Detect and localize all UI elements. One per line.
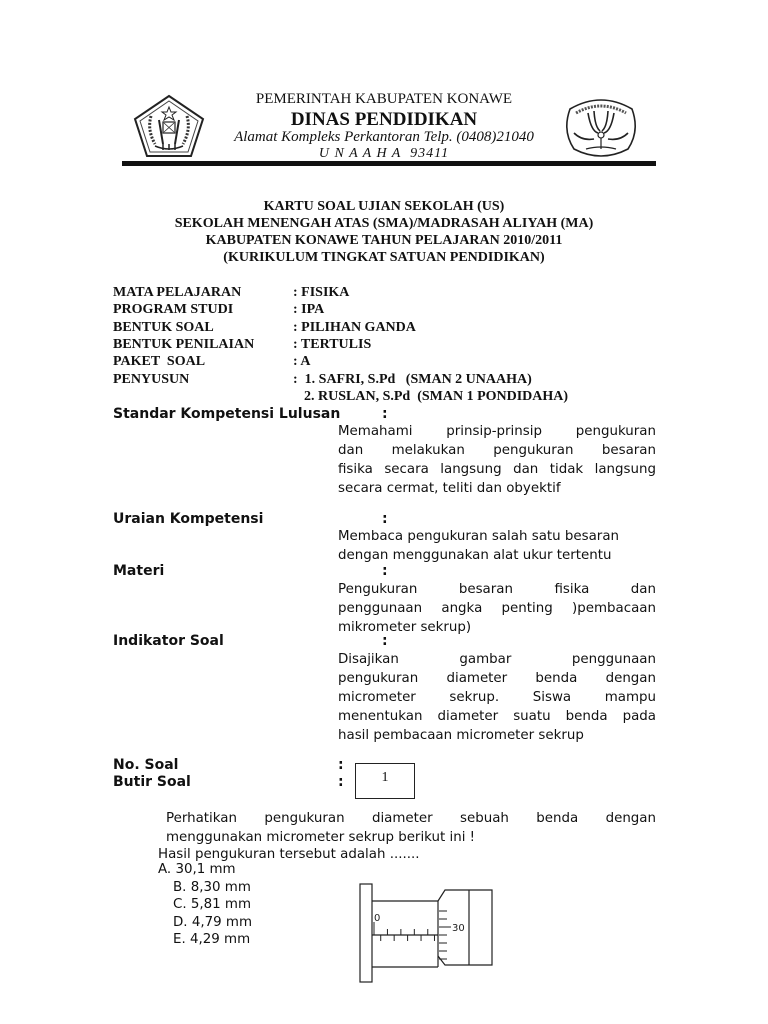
butir-soal-label: Butir Soal: [113, 774, 191, 790]
skl-colon: :: [382, 406, 388, 422]
info-label-author: PENYUSUN: [113, 372, 189, 388]
info-value-subject: : FISIKA: [293, 285, 349, 301]
skl-label: Standar Kompetensi Lulusan: [113, 406, 340, 422]
skl-line: dan melakukan pengukuran besaran: [338, 441, 656, 460]
svg-text:0: 0: [374, 913, 380, 924]
letterhead-government: PEMERINTAH KABUPATEN KONAWE: [0, 91, 768, 108]
indikator-line: menentukan diameter suatu benda pada: [338, 707, 656, 726]
doc-title-3: KABUPATEN KONAWE TAHUN PELAJARAN 2010/20…: [0, 233, 768, 249]
letterhead-department: DINAS PENDIDIKAN: [0, 109, 768, 131]
indikator-text: Disajikan gambar penggunaan pengukuran d…: [338, 650, 656, 745]
indikator-line: pengukuran diameter benda dengan: [338, 669, 656, 688]
info-label-package: PAKET SOAL: [113, 354, 205, 370]
materi-line: Pengukuran besaran fisika dan: [338, 580, 656, 599]
info-value-author-1: : 1. SAFRI, S.Pd (SMAN 2 UNAAHA): [293, 372, 532, 388]
option-a: A. 30,1 mm: [158, 862, 236, 877]
question-line: menggunakan micrometer sekrup berikut in…: [166, 828, 656, 847]
option-d: D. 4,79 mm: [173, 915, 252, 930]
indikator-colon: :: [382, 633, 388, 649]
info-label-assessment: BENTUK PENILAIAN: [113, 337, 254, 353]
uraian-text: Membaca pengukuran salah satu besaran de…: [338, 527, 656, 565]
option-c: C. 5,81 mm: [173, 897, 251, 912]
doc-title-2: SEKOLAH MENENGAH ATAS (SMA)/MADRASAH ALI…: [0, 216, 768, 232]
question-line: Perhatikan pengukuran diameter sebuah be…: [166, 809, 656, 828]
skl-text: Memahami prinsip-prinsip pengukuran dan …: [338, 422, 656, 498]
uraian-line: Membaca pengukuran salah satu besaran: [338, 527, 656, 546]
letterhead-city: U N A A H A 93411: [0, 146, 768, 162]
butir-soal-colon: :: [338, 774, 344, 790]
letterhead-address: Alamat Kompleks Perkantoran Telp. (0408)…: [0, 129, 768, 146]
option-e: E. 4,29 mm: [173, 932, 250, 947]
info-value-author-2: 2. RUSLAN, S.Pd (SMAN 1 PONDIDAHA): [304, 389, 568, 405]
info-label-subject: MATA PELAJARAN: [113, 285, 241, 301]
doc-title-4: (KURIKULUM TINGKAT SATUAN PENDIDIKAN): [0, 250, 768, 266]
materi-colon: :: [382, 563, 388, 579]
info-value-question-type: : PILIHAN GANDA: [293, 320, 416, 336]
option-b: B. 8,30 mm: [173, 880, 251, 895]
skl-line: Memahami prinsip-prinsip pengukuran: [338, 422, 656, 441]
info-value-assessment: : TERTULIS: [293, 337, 371, 353]
skl-line: secara cermat, teliti dan obyektif: [338, 479, 656, 498]
svg-text:30: 30: [452, 923, 465, 934]
info-value-package: : A: [293, 354, 311, 370]
indikator-line: Disajikan gambar penggunaan: [338, 650, 656, 669]
letterhead-divider: [122, 161, 656, 166]
no-soal-colon: :: [338, 757, 344, 773]
info-value-program: : IPA: [293, 302, 324, 318]
skl-line: fisika secara langsung dan tidak langsun…: [338, 460, 656, 479]
question-text: Perhatikan pengukuran diameter sebuah be…: [166, 809, 656, 847]
materi-line: penggunaan angka penting )pembacaan: [338, 599, 656, 618]
uraian-colon: :: [382, 511, 388, 527]
indikator-line: hasil pembacaan micrometer sekrup: [338, 726, 656, 745]
micrometer-diagram: 0 30: [355, 880, 495, 990]
question-number-box: 1: [355, 763, 415, 799]
info-label-question-type: BENTUK SOAL: [113, 320, 214, 336]
no-soal-label: No. Soal: [113, 757, 178, 773]
indikator-label: Indikator Soal: [113, 633, 224, 649]
materi-label: Materi: [113, 563, 164, 579]
question-prompt: Hasil pengukuran tersebut adalah .......: [158, 847, 420, 862]
materi-text: Pengukuran besaran fisika dan penggunaan…: [338, 580, 656, 637]
info-label-program: PROGRAM STUDI: [113, 302, 233, 318]
indikator-line: micrometer sekrup. Siswa mampu: [338, 688, 656, 707]
doc-title-1: KARTU SOAL UJIAN SEKOLAH (US): [0, 199, 768, 215]
uraian-label: Uraian Kompetensi: [113, 511, 263, 527]
